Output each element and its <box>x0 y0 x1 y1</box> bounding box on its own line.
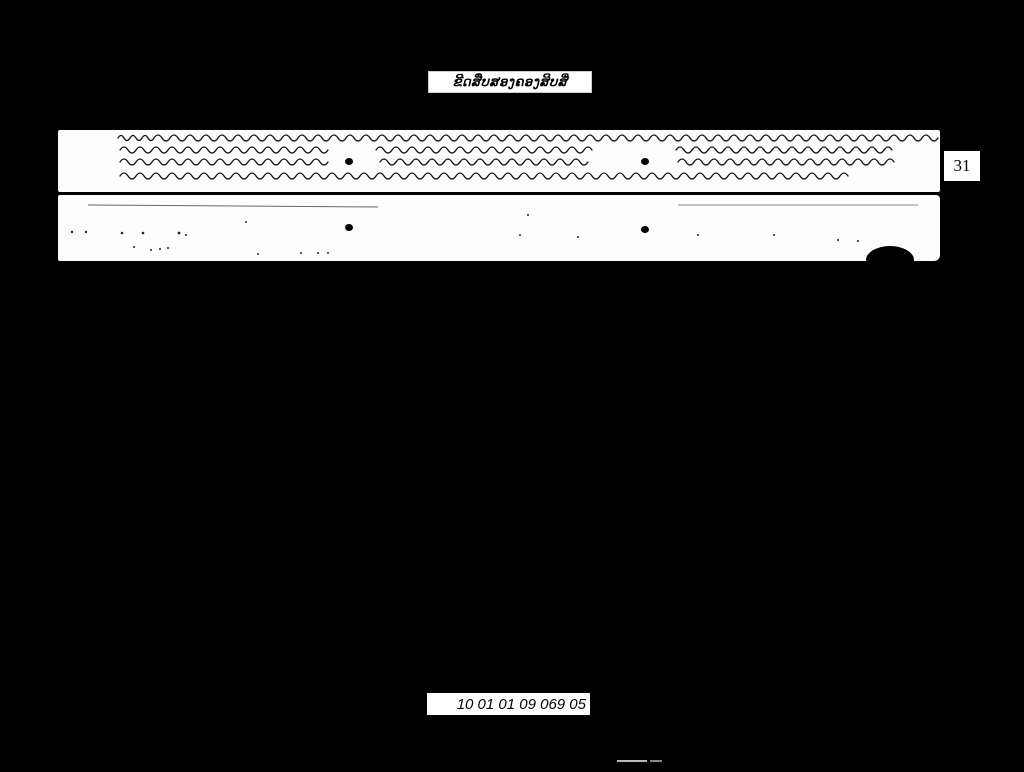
string-hole-right <box>641 158 649 165</box>
leaf-edge-notch <box>866 246 914 274</box>
palm-leaf-inscribed <box>58 130 940 192</box>
palm-leaf-blank <box>58 195 940 261</box>
string-hole-right <box>641 226 649 233</box>
manuscript-title-label: ຂີດສືບສອງຄອງສິບສີ່ <box>428 71 592 93</box>
folio-number: 31 <box>944 151 980 181</box>
leaf-specks <box>58 195 940 261</box>
catalog-number-label: 10 01 01 09 069 05 <box>427 693 590 715</box>
string-hole-left <box>345 158 353 165</box>
string-hole-left <box>345 224 353 231</box>
scale-mark <box>617 760 647 762</box>
manuscript-text-lines <box>58 130 940 192</box>
scale-mark <box>650 760 662 762</box>
